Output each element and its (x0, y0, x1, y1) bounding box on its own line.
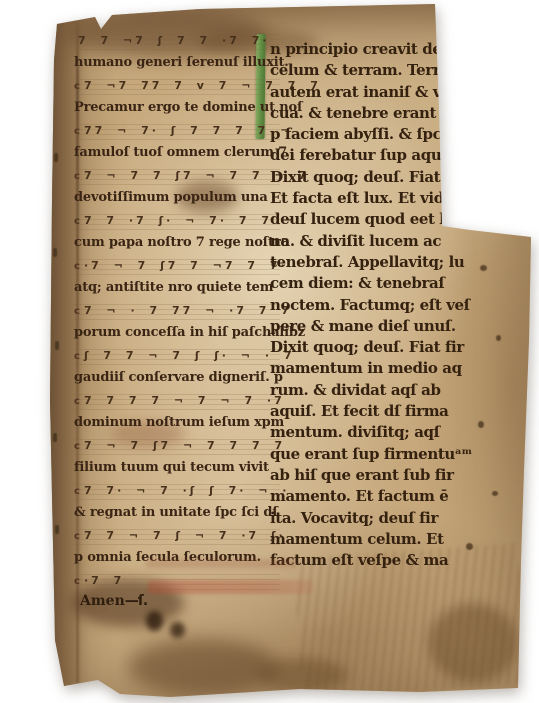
genesis-text-line: factum eſt veſpe & ma (270, 550, 470, 571)
wormhole (496, 335, 501, 341)
genesis-text-line: que erant ſup firmentuᵃᵐ (270, 444, 470, 465)
genesis-text-line: n principio creavit deuſ (270, 39, 470, 60)
chant-text-line: dominum noſtrum ieſum xpm (74, 412, 280, 436)
genesis-text-line: Dixit quoq; deuſ. Fiat lux. (270, 167, 470, 188)
chant-text-line: humano generi ſerenuſ illuxit. (74, 52, 280, 76)
wormhole (480, 265, 487, 271)
genesis-text-line: p faciem abyſſi. & ſpc (270, 124, 470, 145)
genesis-text-line: aquiſ. Et fecit dſ firma (270, 401, 470, 422)
wormhole (500, 183, 505, 188)
neumes: 7 7· ¬ 7 ·ʃ ʃ 7· ¬ · (84, 484, 290, 497)
genesis-text-line: dei ferebatur ſup aquaſ. (270, 145, 470, 166)
faded-red-rubric (148, 580, 313, 594)
chant-text-line: atq; antiſtite nro quiete tem (74, 277, 280, 301)
chant-text-line: cum papa noſtro 7 rege noſtro (74, 232, 280, 256)
genesis-text-line: cem diem: & tenebraſ (270, 273, 470, 294)
neume-line: c7 7 7 7 ¬ 7 ¬ 7 ·7 (74, 391, 280, 412)
chant-text-line: & regnat in unitate ſpc ſci dſ (74, 502, 280, 526)
stitch-hole (54, 153, 58, 162)
genesis-text-line: mamentum celum. Et (270, 529, 470, 550)
genesis-text-line: ita. Vocavitq; deuſ fir (270, 508, 470, 529)
genesis-text-line: Dixit quoq; deuſ. Fiat fir (270, 337, 470, 358)
neume-line: c7 ¬7 77 7 v 7 ¬ 7 7 7 (74, 76, 280, 97)
neume-line: c7 7· ¬ 7 ·ʃ ʃ 7· ¬ · (74, 481, 280, 502)
genesis-text-line: mamento. Et factum ē (270, 486, 470, 507)
stitch-hole (53, 433, 57, 442)
neumes: 7 7 ¬ 7 ʃ ¬ 7 ·7 ʃ· (84, 529, 286, 542)
faded-rubric-line (146, 559, 296, 568)
parchment-leaf: 7 7 ¬7 ʃ 7 7 ·7 7·humano generi ſerenuſ … (48, 3, 533, 700)
stitch-hole (55, 525, 59, 534)
neumes: 7 ¬ · 7 77 ¬ ·7 7 7 (84, 304, 292, 317)
neumes: ·7 7 (84, 574, 124, 587)
chant-text-line: devotiſſimum populum una (74, 187, 280, 211)
genesis-text-line: ab hiſ que erant ſub fir (270, 465, 470, 486)
c-clef: c (74, 81, 80, 92)
chant-text-line: gaudiiſ conſervare digneriſ. p (74, 367, 280, 391)
neume-line: c7 7 ·7 ʃ· ¬ 7· 7 7 ¬ (74, 211, 280, 232)
chant-text-line: famuloſ tuoſ omnem clerum 7 (74, 142, 280, 166)
genesis-text-line: celum & terram. Terra (270, 60, 470, 81)
chant-text-line: Precamur ergo te domine ut noſ (74, 97, 280, 121)
c-clef: c (74, 351, 80, 362)
stitch-hole (53, 248, 57, 257)
c-clef: c (74, 306, 80, 317)
c-clef: c (74, 576, 80, 587)
c-clef: c (74, 216, 80, 227)
amen-flourish: —ſ. (125, 593, 147, 609)
neumes: ·7 ¬ 7 ʃ7 7 ¬7 7 7· (84, 259, 288, 272)
neume-line: cʃ 7 7 ¬ 7 ʃ ʃ· ¬ · 7 (74, 346, 280, 367)
c-clef: c (74, 261, 80, 272)
amen-row: Amen—ſ. (80, 593, 147, 609)
wormhole (486, 131, 492, 137)
neume-line: c7 7 ¬ 7 ʃ ¬ 7 ·7 ʃ· (74, 526, 280, 547)
neumes: 7 7 ¬7 ʃ 7 7 ·7 7· (78, 34, 270, 47)
genesis-text-line: pere & mane dieſ unuſ. (270, 316, 470, 337)
neume-line: c7 ¬ · 7 77 ¬ ·7 7 7 (74, 301, 280, 322)
neumes: 7 ¬ 7 ʃ7 ¬ 7 7 7 7 (84, 439, 285, 452)
neumes: 7 7 ·7 ʃ· ¬ 7· 7 7 ¬ (84, 214, 296, 227)
neumes: ʃ 7 7 ¬ 7 ʃ ʃ· ¬ · 7 (84, 349, 295, 362)
stain-bottom (128, 639, 278, 695)
left-column: 7 7 ¬7 ʃ 7 7 ·7 7·humano generi ſerenuſ … (74, 31, 280, 616)
genesis-text-line: tenebraſ. Appellavitq; lu (270, 252, 470, 273)
genesis-text-line: deuſ lucem quod eet bo (270, 209, 470, 230)
genesis-text-line: Et facta eſt lux. Et vidit (270, 188, 470, 209)
chant-text-line: porum conceſſa in hiſ paſchalibz (74, 322, 280, 346)
genesis-text-line: mentum. diviſitq; aqſ (270, 422, 470, 443)
stitch-hole (55, 341, 59, 350)
wormhole (478, 421, 484, 428)
amen-text: Amen (80, 593, 125, 609)
c-clef: c (74, 396, 80, 407)
genesis-text-line: mamentum in medio aq (270, 358, 470, 379)
neumes: 77 ¬ 7· ʃ 7 7 7 7 ¬ (84, 124, 292, 137)
wormhole (492, 491, 498, 496)
genesis-text-line: na. & diviſit lucem ac (270, 231, 470, 252)
genesis-text-line: rum. & dividat aqſ ab (270, 380, 470, 401)
chant-text-line: filium tuum qui tecum vivit (74, 457, 280, 481)
neume-line: 7 7 ¬7 ʃ 7 7 ·7 7· (74, 31, 280, 52)
genesis-text-line: noctem. Factumq; eſt veſ (270, 295, 470, 316)
c-clef: c (74, 486, 80, 497)
genesis-text-line: autem erat inaniſ & va (270, 82, 470, 103)
genesis-text-line: cua. & tenebre erant ſu (270, 103, 470, 124)
neume-line: c·7 ¬ 7 ʃ7 7 ¬7 7 7· (74, 256, 280, 277)
ink-blot (170, 622, 185, 638)
neume-line: c7 ¬ 7 7 ʃ7 ¬ 7 7 ¬ 7 (74, 166, 280, 187)
c-clef: c (74, 531, 80, 542)
neume-line: c77 ¬ 7· ʃ 7 7 7 7 ¬ (74, 121, 280, 142)
c-clef: c (74, 126, 80, 137)
neumes: 7 7 7 7 ¬ 7 ¬ 7 ·7 (84, 394, 285, 407)
right-column: n principio creavit deuſcelum & terram. … (270, 39, 470, 571)
c-clef: c (74, 171, 80, 182)
neume-line: c7 ¬ 7 ʃ7 ¬ 7 7 7 7 (74, 436, 280, 457)
manuscript-photo: 7 7 ¬7 ʃ 7 7 ·7 7·humano generi ſerenuſ … (0, 0, 539, 703)
c-clef: c (74, 441, 80, 452)
